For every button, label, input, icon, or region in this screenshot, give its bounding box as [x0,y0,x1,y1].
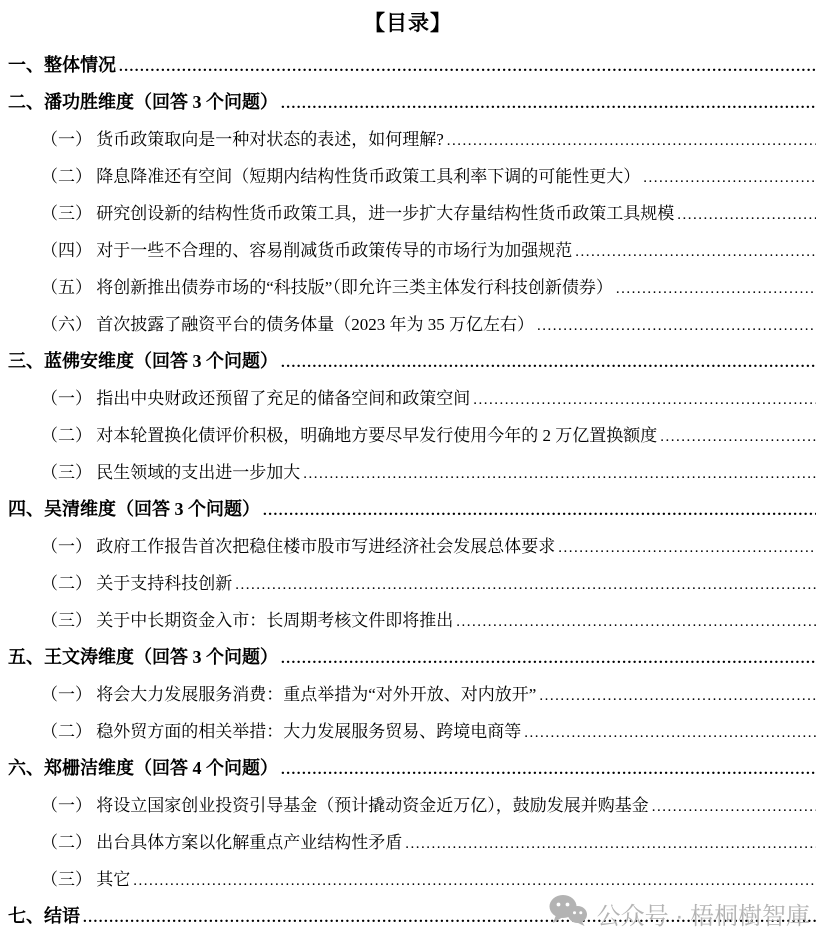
toc-entry[interactable]: （一） 政府工作报告首次把稳住楼市股市写进经济社会发展总体要求.........… [8,528,816,565]
toc-entry-text: （一） 指出中央财政还预留了充足的储备空间和政策空间 [41,380,470,417]
toc-entry[interactable]: 二、潘功胜维度（回答 3 个问题）.......................… [8,84,816,121]
toc-entry-text: （一） 将会大力发展服务消费：重点举措为“对外开放、对内放开” [41,676,536,713]
dot-leader: ........................................… [640,160,816,195]
toc-entry[interactable]: （一） 将设立国家创业投资引导基金（预计撬动资金近万亿），鼓励发展并购基金...… [8,787,816,824]
toc-entry-text: （五） 将创新推出债券市场的“科技版”（即允许三类主体发行科技创新债券） [41,269,613,306]
toc-entry-text: （一） 政府工作报告首次把稳住楼市股市写进经济社会发展总体要求 [41,528,555,565]
toc-entry[interactable]: （二） 对本轮置换化债评价积极，明确地方要尽早发行使用今年的 2 万亿置换额度.… [8,417,816,454]
toc-entry-text: （二） 对本轮置换化债评价积极，明确地方要尽早发行使用今年的 2 万亿置换额度 [41,417,657,454]
dot-leader: ........................................… [453,604,816,639]
dot-leader: ........................................… [521,715,816,750]
toc-entry-text: 五、王文涛维度（回答 3 个问题） [8,639,278,676]
toc-entry-text: 六、郑栅洁维度（回答 4 个问题） [8,750,278,787]
dot-leader: ........................................… [232,567,816,602]
table-of-contents: 一、整体情况..................................… [0,33,816,935]
toc-entry[interactable]: 七、结语....................................… [8,898,816,935]
toc-entry-text: （二） 稳外贸方面的相关举措：大力发展服务贸易、跨境电商等 [41,713,521,750]
toc-entry[interactable]: （三） 关于中长期资金入市：长周期考核文件即将推出...............… [8,602,816,639]
toc-entry[interactable]: （五） 将创新推出债券市场的“科技版”（即允许三类主体发行科技创新债券）....… [8,269,816,306]
toc-entry[interactable]: 六、郑栅洁维度（回答 4 个问题）.......................… [8,750,816,787]
dot-leader: ........................................… [613,271,816,306]
toc-entry-text: 四、吴清维度（回答 3 个问题） [8,491,260,528]
dot-leader: ........................................… [278,86,816,121]
toc-entry-text: （二） 降息降准还有空间（短期内结构性货币政策工具利率下调的可能性更大） [41,158,640,195]
dot-leader: ........................................… [402,826,816,861]
dot-leader: ........................................… [534,308,816,343]
toc-entry[interactable]: 三、蓝佛安维度（回答 3 个问题）.......................… [8,343,816,380]
toc-entry-text: （三） 研究创设新的结构性货币政策工具，进一步扩大存量结构性货币政策工具规模 [41,195,674,232]
toc-entry[interactable]: （二） 降息降准还有空间（短期内结构性货币政策工具利率下调的可能性更大）....… [8,158,816,195]
toc-entry-text: （二） 出台具体方案以化解重点产业结构性矛盾 [41,824,402,861]
toc-entry[interactable]: （三） 研究创设新的结构性货币政策工具，进一步扩大存量结构性货币政策工具规模..… [8,195,816,232]
dot-leader: ........................................… [300,456,816,491]
dot-leader: ........................................… [470,382,816,417]
toc-entry[interactable]: （一） 指出中央财政还预留了充足的储备空间和政策空间..............… [8,380,816,417]
toc-entry-text: 一、整体情况 [8,47,116,84]
page-title: 【目录】 [0,0,816,33]
toc-entry-text: （三） 关于中长期资金入市：长周期考核文件即将推出 [41,602,453,639]
toc-entry[interactable]: （二） 出台具体方案以化解重点产业结构性矛盾..................… [8,824,816,861]
dot-leader: ........................................… [278,752,816,787]
toc-entry-text: （三） 其它 [41,861,130,898]
dot-leader: ........................................… [536,678,816,713]
toc-entry[interactable]: 五、王文涛维度（回答 3 个问题）.......................… [8,639,816,676]
toc-entry[interactable]: （四） 对于一些不合理的、容易削减货币政策传导的市场行为加强规范........… [8,232,816,269]
toc-entry[interactable]: （二） 稳外贸方面的相关举措：大力发展服务贸易、跨境电商等...........… [8,713,816,750]
toc-entry[interactable]: （三） 民生领域的支出进一步加大........................… [8,454,816,491]
toc-entry-text: 三、蓝佛安维度（回答 3 个问题） [8,343,278,380]
dot-leader: ........................................… [572,234,816,269]
toc-entry[interactable]: （三） 其它..................................… [8,861,816,898]
dot-leader: ........................................… [80,900,816,935]
dot-leader: ........................................… [657,419,816,454]
toc-entry-text: （二） 关于支持科技创新 [41,565,232,602]
dot-leader: ........................................… [260,493,816,528]
dot-leader: ........................................… [674,197,816,232]
toc-entry-text: 二、潘功胜维度（回答 3 个问题） [8,84,278,121]
toc-entry-text: （一） 将设立国家创业投资引导基金（预计撬动资金近万亿），鼓励发展并购基金 [41,787,649,824]
toc-entry-text: （三） 民生领域的支出进一步加大 [41,454,300,491]
dot-leader: ........................................… [555,530,816,565]
toc-entry[interactable]: 一、整体情况..................................… [8,47,816,84]
dot-leader: ........................................… [130,863,816,898]
toc-entry-text: （六） 首次披露了融资平台的债务体量（2023 年为 35 万亿左右） [41,306,534,343]
dot-leader: ........................................… [444,123,816,158]
toc-entry[interactable]: （六） 首次披露了融资平台的债务体量（2023 年为 35 万亿左右）.....… [8,306,816,343]
toc-entry[interactable]: （二） 关于支持科技创新............................… [8,565,816,602]
toc-entry[interactable]: 四、吴清维度（回答 3 个问题）........................… [8,491,816,528]
toc-entry-text: 七、结语 [8,898,80,935]
dot-leader: ........................................… [278,345,816,380]
dot-leader: ........................................… [278,641,816,676]
toc-entry-text: （四） 对于一些不合理的、容易削减货币政策传导的市场行为加强规范 [41,232,572,269]
toc-entry-text: （一） 货币政策取向是一种对状态的表述，如何理解? [41,121,444,158]
dot-leader: ........................................… [116,49,816,84]
toc-entry[interactable]: （一） 货币政策取向是一种对状态的表述，如何理解?...............… [8,121,816,158]
toc-entry[interactable]: （一） 将会大力发展服务消费：重点举措为“对外开放、对内放开”.........… [8,676,816,713]
dot-leader: ........................................… [649,789,816,824]
